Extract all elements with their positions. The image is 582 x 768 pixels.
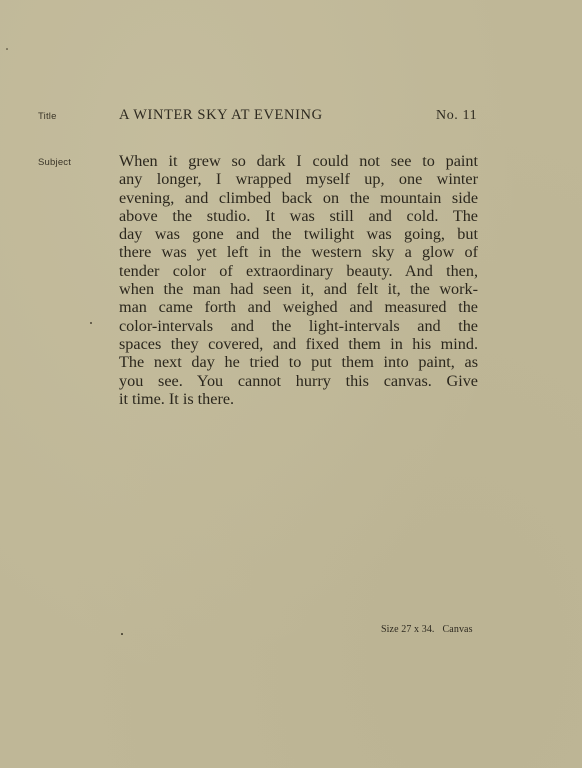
subject-label: Subject [38,157,71,168]
canvas-size: Size 27 x 34. [381,624,435,635]
canvas-medium: Canvas [443,624,473,635]
subject-line: spaces they covered, and fixed them in h… [119,335,478,353]
subject-paragraph: When it grew so dark I could not see to … [119,152,478,408]
subject-line: you see. You cannot hurry this canvas. G… [119,372,478,390]
subject-line: there was yet left in the western sky a … [119,243,478,261]
paper-speck [121,633,123,635]
size-note: Size 27 x 34.Canvas [381,624,473,635]
subject-line: The next day he tried to put them into p… [119,353,478,371]
paper-speck [90,322,92,324]
subject-line: any longer, I wrapped myself up, one win… [119,170,478,188]
document-page: Title A WINTER SKY AT EVENING No. 11 Sub… [0,0,582,768]
subject-line: man came forth and weighed and measured … [119,298,478,316]
subject-line: when the man had seen it, and felt it, t… [119,280,478,298]
subject-line: above the studio. It was still and cold.… [119,207,478,225]
paper-speck [6,48,8,50]
subject-line: When it grew so dark I could not see to … [119,152,478,170]
subject-line: color-intervals and the light-intervals … [119,317,478,335]
painting-title: A WINTER SKY AT EVENING [119,107,323,124]
subject-line: evening, and climbed back on the mountai… [119,189,478,207]
title-label: Title [38,111,57,122]
subject-line: it time. It is there. [119,390,478,408]
subject-line: tender color of extraordinary beauty. An… [119,262,478,280]
subject-line: day was gone and the twilight was going,… [119,225,478,243]
plate-number: No. 11 [436,108,477,124]
